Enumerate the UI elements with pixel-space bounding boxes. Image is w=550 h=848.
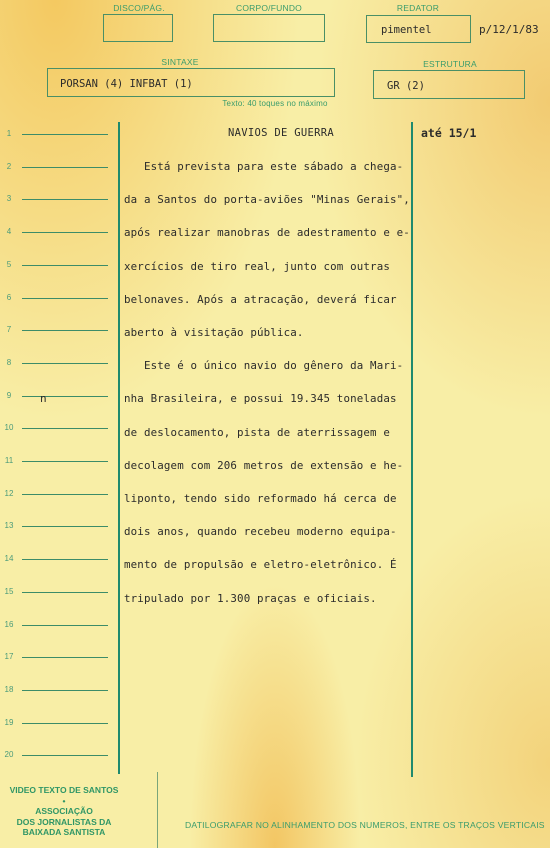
- body-line: nha Brasileira, e possui 19.345 tonelada…: [124, 392, 397, 405]
- row-rule: [22, 723, 108, 724]
- row-rule: [22, 657, 108, 658]
- row-number: 8: [2, 358, 16, 367]
- publisher-bullet: •: [0, 796, 128, 807]
- deadline-note: até 15/1: [421, 126, 476, 140]
- row-number: 4: [2, 227, 16, 236]
- body-line: decolagem com 206 metros de extensão e h…: [124, 459, 403, 472]
- row-rule: [22, 167, 108, 168]
- row-rule: [22, 592, 108, 593]
- redator-field[interactable]: pimentel: [366, 15, 471, 43]
- texto-hint: Texto: 40 toques no máximo: [190, 99, 360, 108]
- row-rule: [22, 363, 108, 364]
- row-number: 11: [2, 456, 16, 465]
- story-title: NAVIOS DE GUERRA: [228, 127, 334, 139]
- body-line: aberto à visitação pública.: [124, 326, 304, 339]
- redator-value: pimentel: [381, 24, 432, 36]
- body-line: dois anos, quando recebeu moderno equipa…: [124, 525, 397, 538]
- row-number: 1: [2, 129, 16, 138]
- typing-instruction: DATILOGRAFAR NO ALINHAMENTO DOS NUMEROS,…: [185, 820, 545, 830]
- row-number: 10: [2, 423, 16, 432]
- row-number: 20: [2, 750, 16, 759]
- corpo-fundo-label: CORPO/FUNDO: [212, 3, 326, 13]
- row-number: 5: [2, 260, 16, 269]
- disco-pag-label: DISCO/PÁG.: [102, 3, 176, 13]
- publisher-name: VIDEO TEXTO DE SANTOS: [0, 785, 128, 796]
- row-rule: [22, 232, 108, 233]
- row-number: 12: [2, 489, 16, 498]
- body-line: de deslocamento, pista de aterrissagem e: [124, 426, 390, 439]
- body-line: belonaves. Após a atracação, deverá fica…: [124, 293, 397, 306]
- right-margin-rule: [411, 122, 413, 777]
- estrutura-field[interactable]: GR (2): [373, 70, 525, 99]
- body-line: após realizar manobras de adestramento e…: [124, 226, 410, 239]
- row-rule: [22, 330, 108, 331]
- body-line: da a Santos do porta-aviões "Minas Gerai…: [124, 193, 410, 206]
- row-rule: [22, 199, 108, 200]
- row-number: 15: [2, 587, 16, 596]
- row-rule: [22, 134, 108, 135]
- row-rule: [22, 396, 108, 397]
- row-rule: [22, 755, 108, 756]
- row-rule: [22, 265, 108, 266]
- row-number: 2: [2, 162, 16, 171]
- body-line: liponto, tendo sido reformado há cerca d…: [124, 492, 397, 505]
- footer-divider: [157, 772, 158, 848]
- body-line: Este é o único navio do gênero da Mari-: [124, 359, 403, 372]
- body-line: Está prevista para este sábado a chega-: [124, 160, 403, 173]
- row-number: 18: [2, 685, 16, 694]
- row-rule: [22, 690, 108, 691]
- publisher-block: VIDEO TEXTO DE SANTOS • ASSOCIAÇÃO DOS J…: [0, 785, 128, 838]
- date-note: p/12/1/83: [479, 23, 539, 36]
- row-rule: [22, 298, 108, 299]
- row-number: 6: [2, 293, 16, 302]
- row-rule: [22, 559, 108, 560]
- row-number: 19: [2, 718, 16, 727]
- estrutura-value: GR (2): [387, 80, 425, 92]
- left-margin-rule: [118, 122, 120, 774]
- row-rule: [22, 428, 108, 429]
- association-line-1: ASSOCIAÇÃO: [0, 806, 128, 817]
- body-line: tripulado por 1.300 praças e oficiais.: [124, 592, 377, 605]
- row-number: 14: [2, 554, 16, 563]
- row-rule: [22, 461, 108, 462]
- row-number: 7: [2, 325, 16, 334]
- corpo-fundo-field[interactable]: [213, 14, 325, 42]
- body-line: mento de propulsão e eletro-eletrônico. …: [124, 558, 397, 571]
- row-rule: [22, 625, 108, 626]
- row-rule: [22, 526, 108, 527]
- association-line-3: BAIXADA SANTISTA: [0, 827, 128, 838]
- row-rule: [22, 494, 108, 495]
- redator-label: REDATOR: [366, 3, 470, 13]
- sintaxe-label: SINTAXE: [160, 57, 200, 67]
- association-line-2: DOS JORNALISTAS DA: [0, 817, 128, 828]
- row-number: 3: [2, 194, 16, 203]
- body-line: xercícios de tiro real, junto com outras: [124, 260, 390, 273]
- sintaxe-field[interactable]: PORSAN (4) INFBAT (1): [47, 68, 335, 97]
- sintaxe-value: PORSAN (4) INFBAT (1): [60, 78, 193, 90]
- estrutura-label: ESTRUTURA: [420, 59, 480, 69]
- row-number: 17: [2, 652, 16, 661]
- disco-pag-field[interactable]: [103, 14, 173, 42]
- row-number: 13: [2, 521, 16, 530]
- margin-mark: n: [40, 392, 47, 405]
- row-number: 16: [2, 620, 16, 629]
- row-number: 9: [2, 391, 16, 400]
